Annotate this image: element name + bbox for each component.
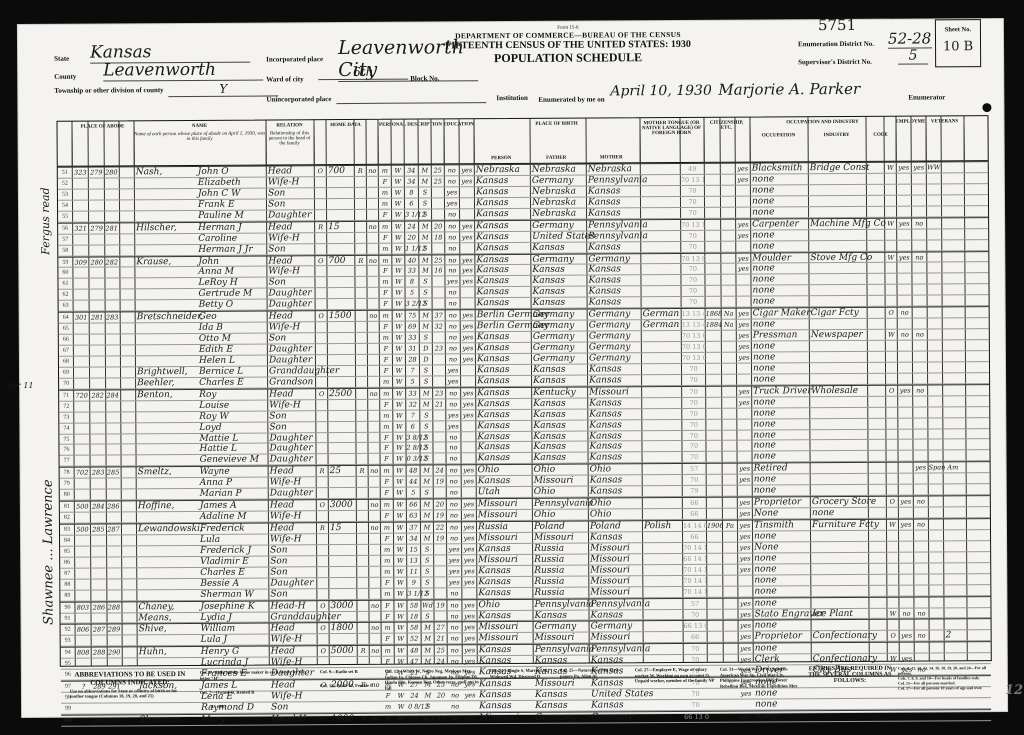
age-cell: 40 [405, 255, 418, 265]
war-cell [927, 173, 941, 183]
industry-cell [812, 597, 868, 607]
read-write-cell [461, 365, 475, 375]
birth-code-cell: 70 [682, 375, 705, 385]
relation-cell: Wife-H [271, 657, 317, 667]
mother-tongue-cell [642, 208, 680, 218]
age-cell: 34 [405, 166, 418, 176]
naturalization-cell [722, 397, 736, 407]
relation-cell: Head [268, 166, 314, 176]
home-tenure-cell [317, 488, 328, 498]
home-value-cell: 2500 [329, 389, 355, 399]
line-number: 54 [58, 201, 72, 211]
mother-tongue-cell [643, 364, 681, 374]
relation-cell: Wife-H [271, 635, 317, 645]
house-number-cell: 500 [75, 525, 90, 535]
sex-cell: F [382, 714, 394, 724]
war-cell [928, 385, 942, 395]
employed-cell [898, 319, 912, 329]
read-write-cell: yes [463, 623, 477, 633]
birth-code-cell: 57 [683, 598, 706, 608]
birthplace-person-cell: Kansas [477, 388, 531, 398]
given-name-cell: Ida B [199, 323, 267, 333]
relation-cell: Daughter [268, 210, 314, 220]
immigration-year-cell [706, 419, 721, 429]
marital-cell: M [419, 255, 431, 265]
birthplace-person-cell: Missouri [479, 713, 533, 723]
birthplace-father-cell: United States [532, 231, 586, 241]
birthplace-person-cell: Kansas [478, 577, 532, 587]
industry-cell [812, 585, 868, 595]
mother-tongue-cell [643, 420, 681, 430]
marital-cell: S [420, 432, 432, 442]
marital-cell: S [421, 454, 433, 464]
veteran-cell: no [913, 385, 927, 395]
read-write-cell: yes [462, 533, 476, 543]
immigration-year-cell [705, 164, 720, 174]
war-cell [927, 184, 941, 194]
surname-cell [138, 512, 200, 522]
age-cell: 3 2/12 [406, 299, 419, 309]
immigration-year-cell [705, 253, 720, 263]
class-of-worker-cell: O [888, 631, 899, 641]
birthplace-person-cell: Kansas [476, 232, 530, 242]
birthplace-person-cell: Missouri [478, 510, 532, 520]
age-married-cell: 25 [435, 646, 447, 656]
industry-code-cell [869, 563, 886, 573]
dwelling-number-cell: 282 [90, 390, 105, 400]
veteran-cell [913, 407, 927, 417]
speaks-english-cell: yes [739, 655, 753, 665]
home-tenure-cell [317, 612, 328, 622]
naturalization-cell [724, 644, 738, 654]
age-married-cell: 21 [433, 399, 445, 409]
house-number-cell: 720 [74, 390, 89, 400]
family-number-cell [104, 245, 119, 255]
industry-cell [810, 196, 866, 206]
school-cell: yes [446, 376, 460, 386]
naturalization-cell [724, 621, 738, 631]
radio-cell [355, 222, 366, 232]
occupation-cell: none [753, 374, 809, 384]
age-married-cell: 21 [435, 634, 447, 644]
industry-cell: Wholesale [811, 386, 867, 396]
occupation-cell: none [752, 241, 808, 251]
radio-cell: R [355, 166, 366, 176]
house-number-cell [74, 412, 89, 422]
age-married-cell [434, 544, 446, 554]
home-tenure-cell [316, 288, 327, 298]
sex-cell: F [381, 488, 393, 498]
age-cell: 48 [407, 466, 420, 476]
radio-cell [356, 311, 367, 321]
farm-cell [369, 511, 380, 521]
birth-code-cell: 66 [683, 509, 706, 519]
dwelling-number-cell [91, 479, 106, 489]
sheet-number-box: Sheet No. 10 B [935, 19, 981, 67]
farm-schedule-cell [945, 585, 965, 595]
read-write-cell: yes [462, 510, 476, 520]
marital-cell: M [422, 634, 434, 644]
birthplace-person-cell: Berlin Germany [477, 310, 531, 320]
speaks-english-cell [736, 196, 750, 206]
speaks-english-cell: yes [736, 253, 750, 263]
given-name-cell: Lydia J [200, 612, 268, 622]
dwelling-number-cell [91, 535, 106, 545]
line-number: 81 [60, 502, 74, 512]
col-relation: RELATIONRelationship of this person to t… [265, 120, 314, 164]
sex-cell: m [381, 545, 393, 555]
birthplace-person-cell: Kansas [476, 242, 530, 252]
veteran-cell: no [913, 330, 927, 340]
age-married-cell [433, 376, 445, 386]
class-of-worker-cell [887, 563, 898, 573]
speaks-english-cell: yes [738, 598, 752, 608]
class-of-worker-cell [887, 597, 898, 607]
speaks-english-cell: yes [738, 464, 752, 474]
industry-cell [811, 319, 867, 329]
veteran-cell [915, 620, 929, 630]
dwelling-number-cell [90, 324, 105, 334]
birthplace-father-cell: Ohio [534, 465, 588, 475]
line-number: 78 [60, 468, 74, 478]
surname-cell: Brightwell, [137, 367, 199, 377]
mother-tongue-cell [642, 275, 680, 285]
naturalization-cell [721, 196, 735, 206]
family-number-cell: 289 [107, 625, 122, 635]
read-write-cell: yes [461, 343, 475, 353]
age-cell: 44 [407, 477, 420, 487]
marital-cell: S [421, 544, 433, 554]
naturalization-cell [723, 586, 737, 596]
radio-cell [356, 432, 367, 442]
dwelling-number-cell [91, 557, 106, 567]
age-married-cell: 20 [432, 221, 444, 231]
given-name-cell: Edith E [199, 345, 267, 355]
occupation-cell: none [754, 564, 810, 574]
race-cell: W [392, 232, 404, 242]
given-name-cell: Herman J [198, 222, 266, 232]
home-tenure-cell [317, 578, 328, 588]
farm-cell [368, 322, 379, 332]
farm-schedule-cell [944, 307, 964, 317]
radio-cell [357, 534, 368, 544]
line-number: 71 [59, 390, 73, 400]
family-number-cell [106, 479, 121, 489]
naturalization-cell [722, 342, 736, 352]
birthplace-person-cell: Missouri [479, 622, 533, 632]
employed-cell [898, 429, 912, 439]
radio-cell: R [357, 466, 368, 476]
birthplace-father-cell: Kansas [533, 298, 587, 308]
birth-code-cell: 66 [684, 632, 707, 642]
birthplace-father-cell: Germany [533, 310, 587, 320]
radio-cell [356, 421, 367, 431]
title-block: Form 15-6 DEPARTMENT OF COMMERCE—BUREAU … [418, 25, 718, 67]
family-number-cell [105, 301, 120, 311]
school-cell: yes [446, 365, 460, 375]
home-tenure-cell: R [317, 523, 328, 533]
birthplace-father-cell: Germany [532, 175, 586, 185]
given-name-cell: Helen L [199, 355, 267, 365]
family-number-cell [104, 189, 119, 199]
occupation-cell: none [753, 441, 809, 451]
relation-cell: Daughter [270, 455, 316, 465]
immigration-year-cell [706, 441, 721, 451]
birthplace-mother-cell: Kansas [590, 486, 642, 496]
industry-cell [812, 542, 868, 552]
line-number: 70 [59, 378, 73, 388]
radio-cell [355, 277, 366, 287]
house-number-cell [74, 301, 89, 311]
occupation-cell: none [754, 474, 810, 484]
naturalization-cell [723, 464, 737, 474]
surname-cell: Beehler, [137, 378, 199, 388]
birth-code-cell: 70 [682, 364, 705, 374]
dwelling-number-cell [90, 378, 105, 388]
line-number: 52 [58, 179, 72, 189]
surname-cell [137, 422, 199, 432]
age-married-cell [433, 421, 445, 431]
relation-cell: Son [269, 422, 315, 432]
sex-cell: F [380, 443, 392, 453]
surname-cell [138, 535, 200, 545]
birthplace-father-cell: Germany [533, 353, 587, 363]
dwelling-number-cell [92, 636, 107, 646]
immigration-year-cell [707, 486, 722, 496]
home-tenure-cell: O [315, 166, 326, 176]
school-cell: no [448, 657, 462, 667]
block-label: Block No. [410, 74, 439, 82]
col-mother-tongue: MOTHER TONGUE (OR NATIVE LANGUAGE) OF FO… [639, 118, 704, 162]
class-of-worker-cell [886, 440, 897, 450]
dwelling-number-cell [91, 456, 106, 466]
given-name-cell: Lula [200, 534, 268, 544]
industry-code-cell [868, 429, 885, 439]
census-sheet: State Kansas County Leavenworth Township… [18, 19, 1007, 717]
given-name-cell: Mary [201, 714, 269, 724]
birthplace-mother-cell: Kansas [590, 610, 642, 620]
age-cell: 3 1/12 [405, 209, 418, 219]
sex-cell: m [379, 199, 391, 209]
race-cell: W [393, 376, 405, 386]
employed-cell [899, 485, 913, 495]
industry-cell [810, 174, 866, 184]
house-number-cell: 808 [76, 648, 91, 658]
farm-cell [367, 232, 378, 242]
school-cell: yes [445, 187, 459, 197]
family-number-cell: 280 [104, 167, 119, 177]
birthplace-person-cell: Kansas [477, 287, 531, 297]
mother-tongue-cell [642, 264, 680, 274]
race-cell: W [394, 566, 406, 576]
family-number-cell [104, 211, 119, 221]
marital-cell: M [421, 533, 433, 543]
industry-cell: Machine Mfg Co [810, 219, 866, 229]
col-home-data: HOME DATA [313, 120, 378, 164]
age-married-cell [433, 354, 445, 364]
industry-code-cell [870, 643, 887, 653]
birthplace-mother-cell: Missouri [589, 387, 641, 397]
relation-cell: Daughter [269, 433, 315, 443]
mother-tongue-cell [645, 644, 683, 654]
immigration-year-cell [707, 609, 722, 619]
line-number: 69 [59, 368, 73, 378]
speaks-english-cell: yes [737, 352, 751, 362]
birthplace-person-cell: Kansas [477, 431, 531, 441]
birthplace-person-cell: Kansas [478, 610, 532, 620]
family-number-cell [104, 279, 119, 289]
employed-cell [900, 620, 914, 630]
home-value-cell [330, 611, 356, 621]
farm-cell [369, 588, 380, 598]
industry-code-cell [867, 174, 884, 184]
employed-cell [899, 474, 913, 484]
veteran-cell [913, 296, 927, 306]
radio-cell [358, 657, 369, 667]
naturalization-cell [721, 241, 735, 251]
house-number-cell: 309 [73, 257, 88, 267]
dwelling-number-cell: 288 [92, 648, 107, 658]
farm-schedule-cell [943, 206, 963, 216]
farm-cell: no [369, 600, 380, 610]
farm-schedule-cell [945, 574, 965, 584]
age-cell: 58 [407, 600, 420, 610]
veteran-cell [912, 274, 926, 284]
family-number-cell [107, 659, 122, 669]
given-name-cell: Roy W [199, 411, 267, 421]
war-cell [928, 329, 942, 339]
dwelling-number-cell: 281 [90, 313, 105, 323]
age-married-cell [434, 454, 446, 464]
surname-cell: Benton, [137, 390, 199, 400]
farm-schedule-cell [945, 463, 965, 473]
age-cell: 5 [406, 376, 419, 386]
school-cell: no [447, 611, 461, 621]
family-number-cell [104, 268, 119, 278]
occupation-cell: none [753, 408, 809, 418]
farm-schedule-cell [944, 351, 964, 361]
home-tenure-cell [316, 355, 327, 365]
farm-schedule-cell [943, 252, 963, 262]
age-married-cell: 24 [435, 657, 447, 667]
farm-cell [367, 188, 378, 198]
birthplace-father-cell: Germany [535, 712, 589, 722]
employed-cell [897, 229, 911, 239]
read-write-cell: yes [462, 611, 476, 621]
family-number-cell [105, 334, 120, 344]
birth-code-cell: 70 [681, 197, 704, 207]
page-number: 12 [1005, 683, 1023, 698]
speaks-english-cell: yes [736, 219, 750, 229]
industry-code-cell [868, 385, 885, 395]
naturalization-cell [723, 553, 737, 563]
farm-schedule-cell [945, 541, 965, 551]
sex-cell: m [381, 588, 393, 598]
farm-cell [368, 443, 379, 453]
industry-code-cell [869, 608, 886, 618]
birth-code-cell: 13 13 4 [682, 309, 705, 319]
home-tenure-cell [315, 233, 326, 243]
line-number: 79 [60, 479, 74, 489]
birthplace-father-cell: Missouri [534, 532, 588, 542]
township-label: Township or other division of county [54, 86, 164, 95]
birthplace-father-cell: Kansas [533, 364, 587, 374]
sex-cell: F [380, 288, 392, 298]
mother-tongue-cell [644, 464, 682, 474]
naturalization-cell [723, 543, 737, 553]
marital-cell: S [421, 488, 433, 498]
age-cell: 32 [406, 399, 419, 409]
surname-cell [138, 568, 200, 578]
read-write-cell: yes [460, 176, 474, 186]
birth-code-cell: 70 [682, 419, 705, 429]
speaks-english-cell: yes [739, 621, 753, 631]
farm-schedule-cell [945, 563, 965, 573]
class-of-worker-cell [885, 263, 896, 273]
occupation-cell: none [754, 452, 810, 462]
race-cell: W [392, 266, 404, 276]
read-write-cell: yes [461, 310, 475, 320]
birth-code-cell: 70 [682, 387, 705, 397]
line-number: 93 [61, 636, 75, 646]
home-tenure-cell [317, 556, 328, 566]
industry-cell: Bridge Const [810, 163, 866, 173]
birthplace-father-cell: Russia [534, 587, 588, 597]
sex-cell: F [381, 577, 393, 587]
school-cell: yes [446, 421, 460, 431]
relation-cell: Head [271, 647, 317, 657]
class-of-worker-cell: W [887, 608, 898, 618]
given-name-cell: Charles E [199, 377, 267, 387]
age-cell: 18 [407, 611, 420, 621]
race-cell: W [394, 577, 406, 587]
line-number: 64 [59, 313, 73, 323]
birth-code-cell: 14 14 0 [683, 521, 706, 531]
naturalization-cell [722, 374, 736, 384]
age-married-cell [432, 198, 444, 208]
naturalization-cell [723, 486, 737, 496]
naturalization-cell: Na [722, 320, 736, 330]
occupation-cell: none [753, 319, 809, 329]
given-name-cell: John C W [198, 188, 266, 198]
immigration-year-cell [705, 175, 720, 185]
sex-cell: m [380, 421, 392, 431]
class-of-worker-cell [887, 463, 898, 473]
sex-cell: m [381, 566, 393, 576]
given-name-cell: Anna P [200, 478, 268, 488]
dwelling-number-cell [89, 234, 104, 244]
house-number-cell [75, 513, 90, 523]
read-write-cell: yes [460, 266, 474, 276]
age-cell: 48 [408, 646, 421, 656]
birthplace-person-cell: Kansas [477, 298, 531, 308]
radio-cell: R [358, 714, 369, 724]
birthplace-father-cell: Germany [533, 343, 587, 353]
surname-cell: Hoffine, [138, 501, 200, 511]
house-number-cell: 500 [75, 502, 90, 512]
dwelling-number-cell [90, 356, 105, 366]
house-number-cell [74, 324, 89, 334]
age-married-cell: 19 [434, 600, 446, 610]
war-cell [929, 451, 943, 461]
home-value-cell [330, 477, 356, 487]
enumerated-date: April 10, 1930 [610, 83, 712, 100]
speaks-english-cell [738, 452, 752, 462]
given-name-cell: Loyd [199, 422, 267, 432]
home-value-cell [330, 534, 356, 544]
industry-cell [811, 363, 867, 373]
home-tenure-cell [316, 299, 327, 309]
